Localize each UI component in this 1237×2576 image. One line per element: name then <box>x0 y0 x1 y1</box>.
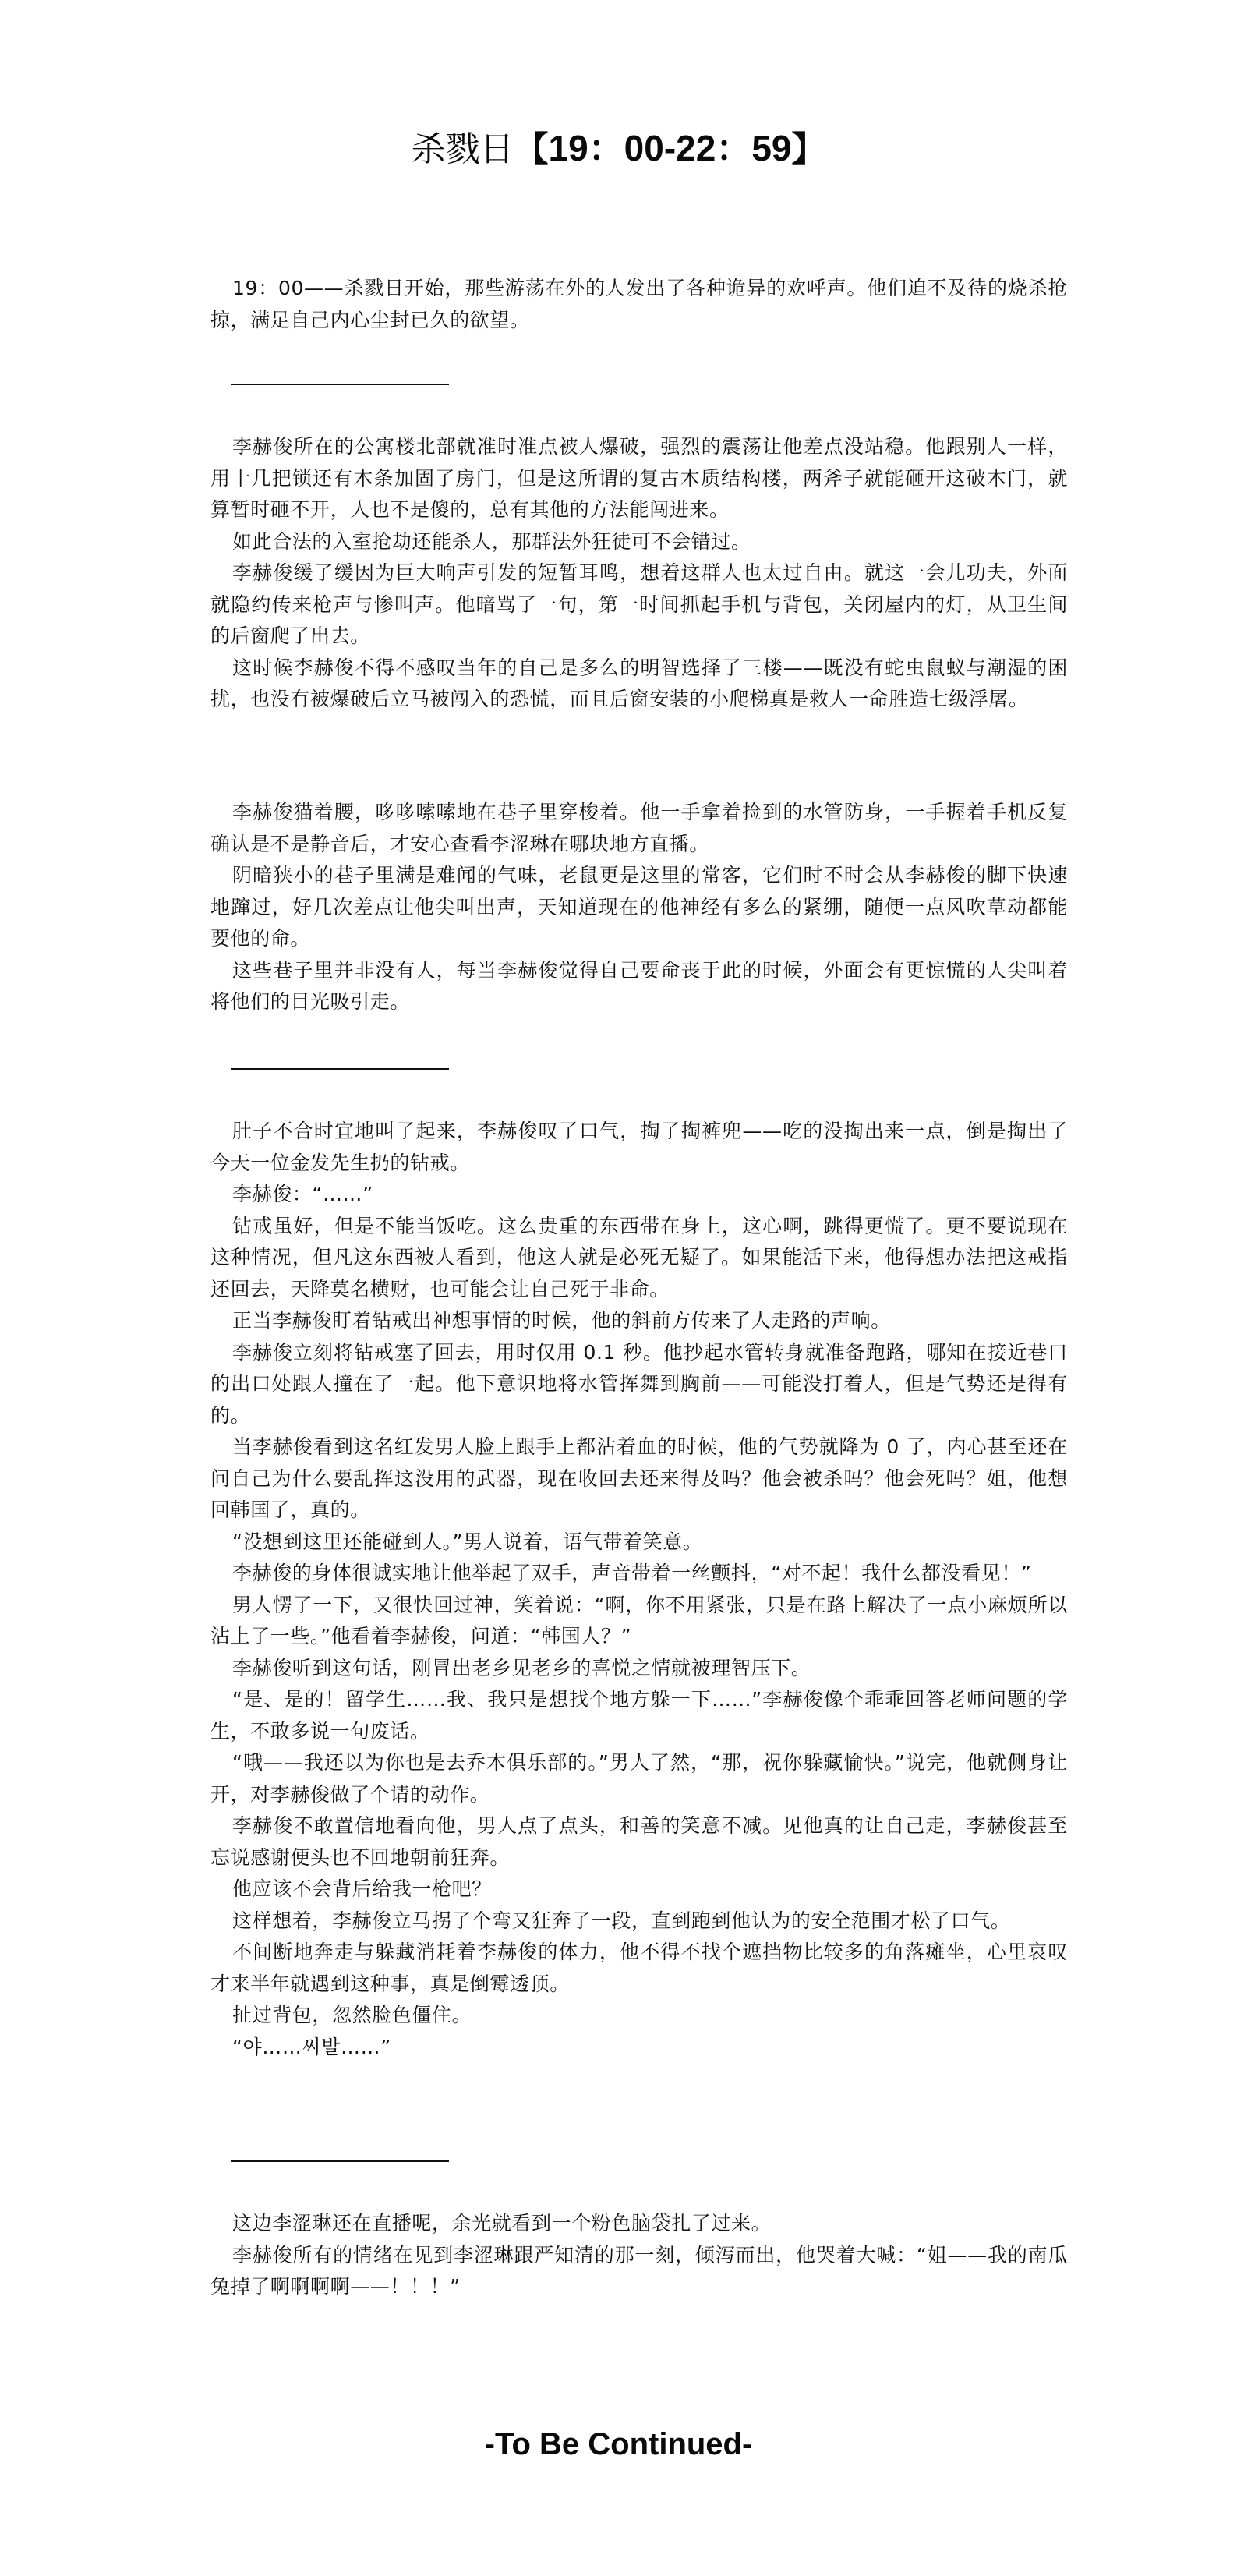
paragraph: 肚子不合时宜地叫了起来，李赫俊叹了口气，掏了掏裤兜——吃的没掏出来一点，倒是掏出… <box>210 1116 1068 1179</box>
paragraph: 当李赫俊看到这名红发男人脸上跟手上都沾着血的时候，他的气势就降为 0 了，内心甚… <box>210 1431 1068 1527</box>
paragraph: 这样想着，李赫俊立马拐了个弯又狂奔了一段，直到跑到他认为的安全范围才松了口气。 <box>210 1905 1068 1937</box>
paragraph: 这些巷子里并非没有人，每当李赫俊觉得自己要命丧于此的时候，外面会有更惊慌的人尖叫… <box>210 955 1068 1018</box>
section-divider <box>231 1068 449 1070</box>
paragraph: “야……씨발……” <box>210 2032 1068 2064</box>
paragraph: 李赫俊的身体很诚实地让他举起了双手，声音带着一丝颤抖，“对不起！我什么都没看见！… <box>210 1558 1068 1590</box>
paragraph: 钻戒虽好，但是不能当饭吃。这么贵重的东西带在身上，这心啊，跳得更慌了。更不要说现… <box>210 1211 1068 1306</box>
section-2: 李赫俊所在的公寓楼北部就准时准点被人爆破，强烈的震荡让他差点没站稳。他跟别人一样… <box>210 431 1068 716</box>
paragraph: 李赫俊所有的情绪在见到李涩琳跟严知清的那一刻，倾泻而出，他哭着大喊：“姐——我的… <box>210 2240 1068 2303</box>
title-open-bracket: 【 <box>514 129 549 169</box>
section-divider <box>231 384 449 385</box>
title-time-range: 19：00-22：59 <box>549 128 792 168</box>
paragraph: 李赫俊不敢置信地看向他，男人点了点头，和善的笑意不减。见他真的让自己走，李赫俊甚… <box>210 1810 1068 1874</box>
paragraph: “是、是的！留学生……我、我只是想找个地方躲一下……”李赫俊像个乖乖回答老师问题… <box>210 1684 1068 1747</box>
paragraph: 李赫俊：“……” <box>210 1179 1068 1211</box>
paragraph: 如此合法的入室抢劫还能杀人，那群法外狂徒可不会错过。 <box>210 526 1068 558</box>
section-1: 19：00——杀戮日开始，那些游荡在外的人发出了各种诡异的欢呼声。他们迫不及待的… <box>210 273 1068 336</box>
paragraph: 李赫俊立刻将钻戒塞了回去，用时仅用 0.1 秒。他抄起水管转身就准备跑路，哪知在… <box>210 1337 1068 1432</box>
to-be-continued: -To Be Continued- <box>0 2421 1237 2468</box>
chapter-title: 杀戮日【19：00-22：59】 <box>0 117 1237 181</box>
section-3: 李赫俊猫着腰，哆哆嗦嗦地在巷子里穿梭着。他一手拿着捡到的水管防身，一手握着手机反… <box>210 797 1068 1018</box>
paragraph: 男人愣了一下，又很快回过神，笑着说：“啊，你不用紧张，只是在路上解决了一点小麻烦… <box>210 1590 1068 1653</box>
paragraph: 李赫俊所在的公寓楼北部就准时准点被人爆破，强烈的震荡让他差点没站稳。他跟别人一样… <box>210 431 1068 526</box>
paragraph: 正当李赫俊盯着钻戒出神想事情的时候，他的斜前方传来了人走路的声响。 <box>210 1305 1068 1337</box>
paragraph: 不间断地奔走与躲藏消耗着李赫俊的体力，他不得不找个遮挡物比较多的角落瘫坐，心里哀… <box>210 1937 1068 2000</box>
paragraph: 他应该不会背后给我一枪吧？ <box>210 1874 1068 1905</box>
section-4: 肚子不合时宜地叫了起来，李赫俊叹了口气，掏了掏裤兜——吃的没掏出来一点，倒是掏出… <box>210 1116 1068 2063</box>
section-divider <box>231 2160 449 2162</box>
paragraph: 19：00——杀戮日开始，那些游荡在外的人发出了各种诡异的欢呼声。他们迫不及待的… <box>210 273 1068 336</box>
paragraph: 这边李涩琳还在直播呢，余光就看到一个粉色脑袋扎了过来。 <box>210 2208 1068 2240</box>
paragraph: 李赫俊听到这句话，刚冒出老乡见老乡的喜悦之情就被理智压下。 <box>210 1653 1068 1685</box>
section-5: 这边李涩琳还在直播呢，余光就看到一个粉色脑袋扎了过来。 李赫俊所有的情绪在见到李… <box>210 2208 1068 2303</box>
paragraph: 李赫俊猫着腰，哆哆嗦嗦地在巷子里穿梭着。他一手拿着捡到的水管防身，一手握着手机反… <box>210 797 1068 860</box>
paragraph: 这时候李赫俊不得不感叹当年的自己是多么的明智选择了三楼——既没有蛇虫鼠蚁与潮湿的… <box>210 653 1068 716</box>
paragraph: “哦——我还以为你也是去乔木俱乐部的。”男人了然，“那，祝你躲藏愉快。”说完，他… <box>210 1747 1068 1810</box>
title-prefix: 杀戮日 <box>412 129 514 169</box>
paragraph: 阴暗狭小的巷子里满是难闻的气味，老鼠更是这里的常客，它们时不时会从李赫俊的脚下快… <box>210 860 1068 955</box>
paragraph: 扯过背包，忽然脸色僵住。 <box>210 2000 1068 2032</box>
paragraph: 李赫俊缓了缓因为巨大响声引发的短暂耳鸣，想着这群人也太过自由。就这一会儿功夫，外… <box>210 557 1068 653</box>
paragraph: “没想到这里还能碰到人。”男人说着，语气带着笑意。 <box>210 1527 1068 1559</box>
title-close-bracket: 】 <box>791 129 825 169</box>
